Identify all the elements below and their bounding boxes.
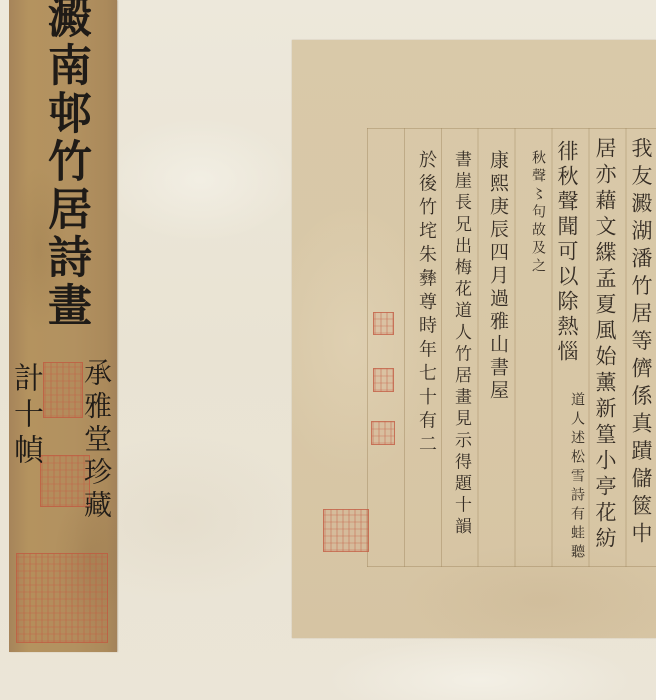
strip-title: 澱南邨竹居詩畫 bbox=[39, 0, 87, 330]
colophon-column-1: 我友澱湖潘竹居等儕係真蹟儲篋中 bbox=[629, 137, 651, 550]
colophon-column-6: 書崖長兄出梅花道人竹居畫見示得題十韻 bbox=[451, 150, 469, 539]
colophon-signature: 於後竹垞朱彝尊時年七十有二 bbox=[416, 150, 435, 458]
colophon-date-line: 康熙庚辰四月過雅山書屋 bbox=[487, 150, 507, 403]
seal-colophon-1 bbox=[373, 312, 394, 335]
seal-strip-upper bbox=[43, 362, 83, 418]
colophon-column-3: 徘秋聲聞可以除熱惱 bbox=[555, 140, 577, 365]
collection-inscription: 承雅堂珍藏 bbox=[82, 358, 110, 523]
seal-strip-lower bbox=[16, 553, 108, 643]
seal-colophon-2 bbox=[373, 368, 394, 392]
leaf-count-inscription: 計十幀 bbox=[10, 362, 40, 470]
seal-colophon-3 bbox=[371, 421, 395, 445]
colophon-column-2: 居亦藉文緤孟夏風始薰新篁小亭花紡 bbox=[593, 137, 615, 553]
colophon-annotation-small-2: 秋聲〻句故及之 bbox=[530, 150, 545, 276]
scroll-mounting: 澱南邨竹居詩畫 計十幀 承雅堂珍藏 我友澱湖潘竹居等儕係真蹟儲篋中 居亦藉文緤孟… bbox=[0, 0, 656, 700]
colophon-annotation-small-1: 道人述松雪詩有蛙聽 bbox=[569, 392, 584, 563]
seal-colophon-collector bbox=[323, 509, 369, 552]
